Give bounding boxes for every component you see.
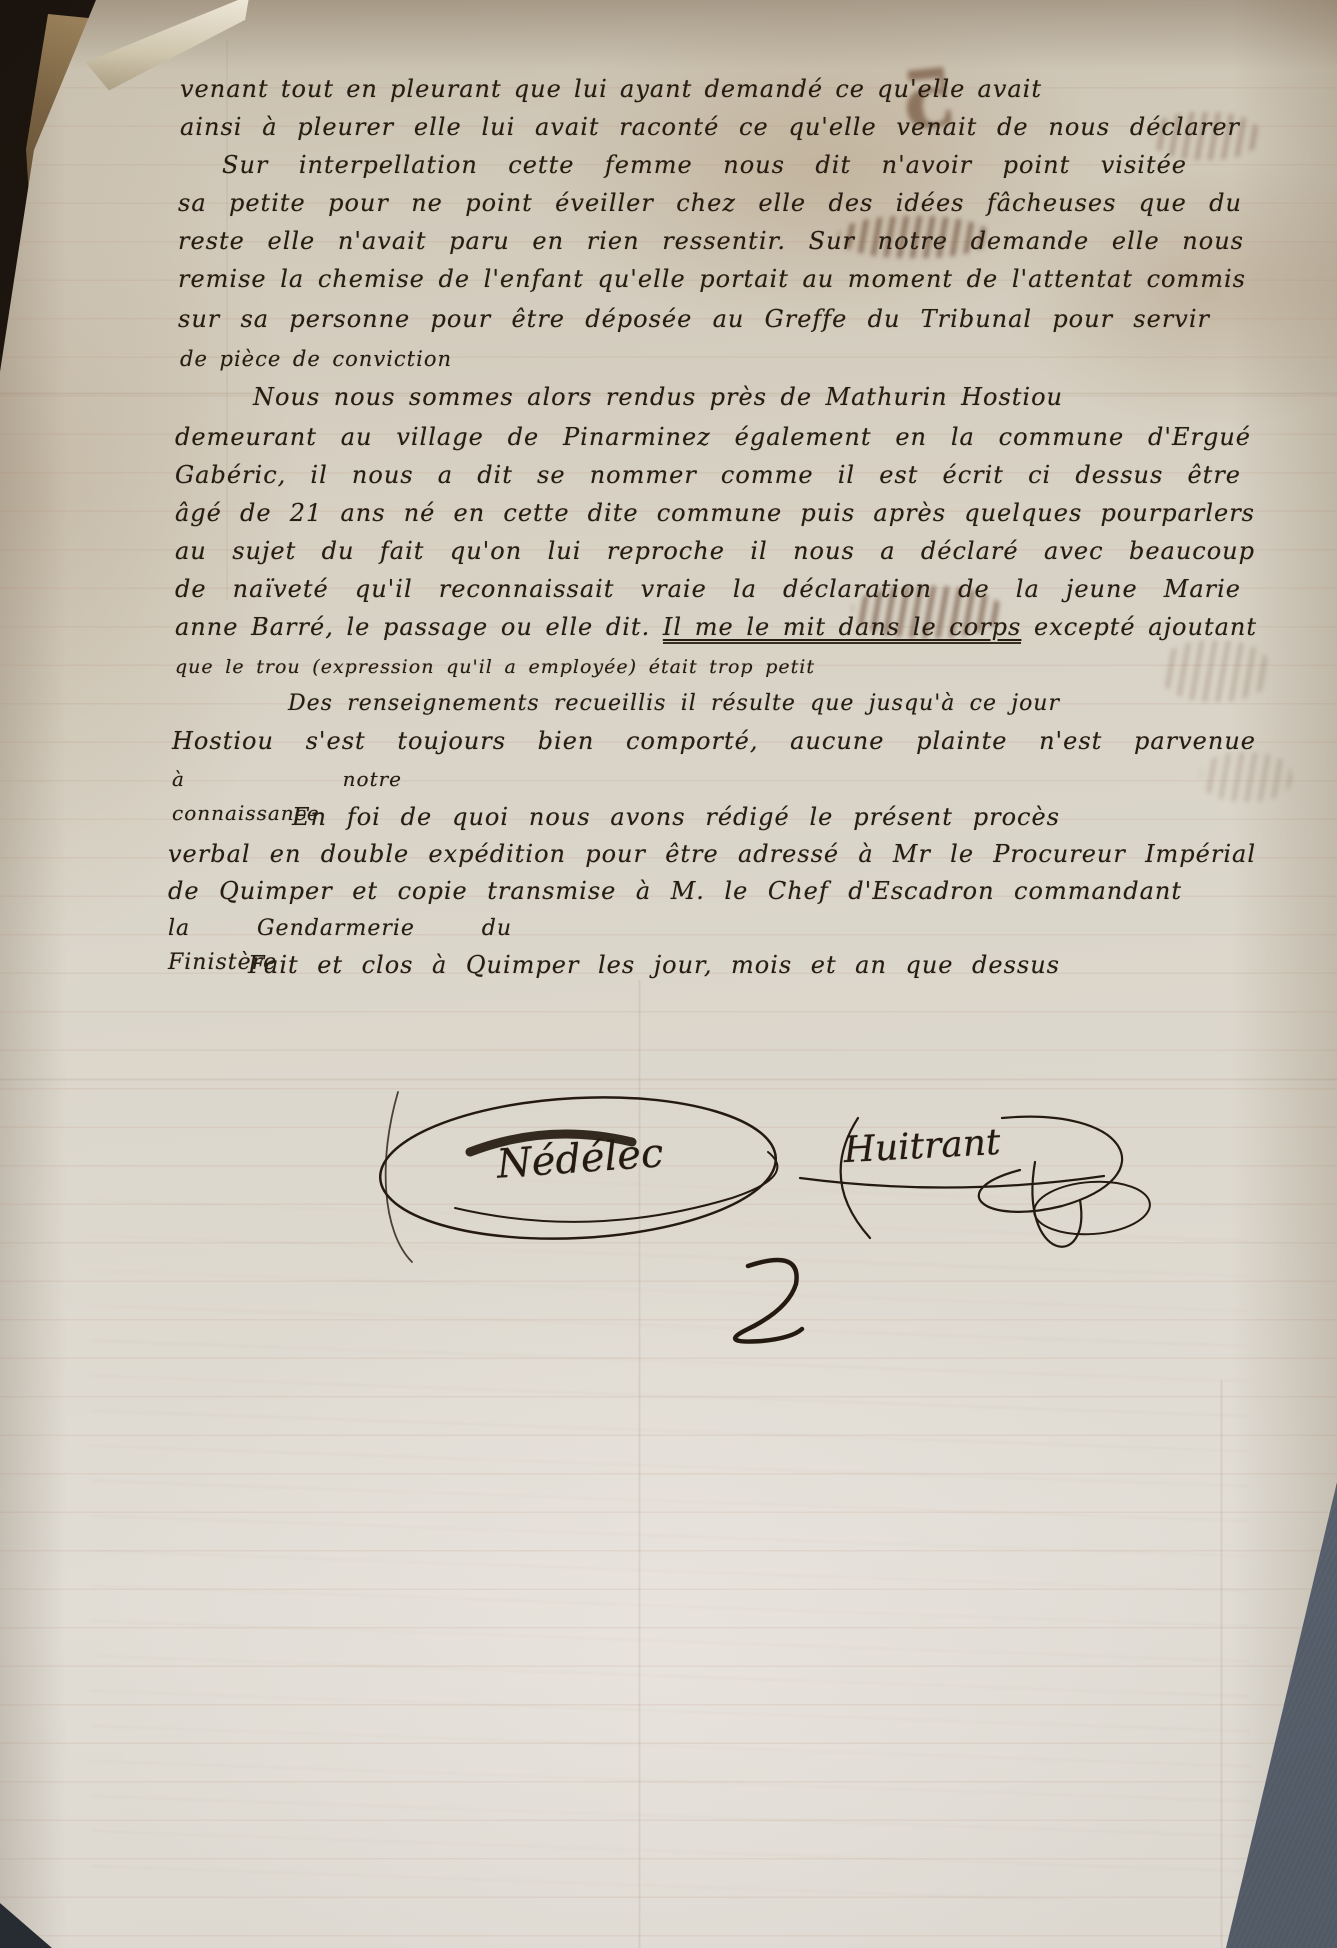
underlined-phrase: Il me le mit dans le corps [663, 613, 1021, 644]
manuscript-line: verbal en double expédition pour être ad… [168, 837, 1256, 871]
manuscript-page: 5 venant tout en pleurant que lui ayant … [0, 0, 1337, 1948]
manuscript-line: que le trou (expression qu'il a employée… [175, 650, 815, 684]
manuscript-line: venant tout en pleurant que lui ayant de… [180, 72, 1042, 106]
photograph-of-manuscript: 5 venant tout en pleurant que lui ayant … [0, 0, 1337, 1948]
manuscript-line: En foi de quoi nous avons rédigé le prés… [292, 800, 1060, 834]
manuscript-line: demeurant au village de Pinarminez égale… [175, 420, 1251, 454]
manuscript-line: Hostiou s'est toujours bien comporté, au… [172, 724, 1256, 758]
manuscript-line: sur sa personne pour être déposée au Gre… [178, 302, 1210, 336]
manuscript-line: de Quimper et copie transmise à M. le Ch… [168, 874, 1182, 908]
ink-bleedthrough-smudge [1160, 640, 1270, 702]
manuscript-line: sa petite pour ne point éveiller chez el… [178, 186, 1242, 220]
manuscript-line: Fait et clos à Quimper les jour, mois et… [248, 948, 1060, 982]
manuscript-line: au sujet du fait qu'on lui reproche il n… [175, 534, 1255, 568]
ink-bleedthrough-smudge [1200, 752, 1292, 802]
manuscript-line: Des renseignements recueillis il résulte… [288, 687, 1060, 721]
fold-crease [0, 1078, 1337, 1081]
manuscript-line: remise la chemise de l'enfant qu'elle po… [178, 262, 1246, 296]
manuscript-line: âgé de 21 ans né en cette dite commune p… [175, 496, 1255, 530]
manuscript-line-with-underline: anne Barré, le passage ou elle dit. Il m… [175, 610, 1257, 644]
manuscript-line: Nous nous sommes alors rendus près de Ma… [253, 380, 1063, 414]
manuscript-line: Gabéric, il nous a dit se nommer comme i… [175, 458, 1241, 492]
line-segment: anne Barré, le passage ou elle dit. [175, 613, 663, 641]
manuscript-line: ainsi à pleurer elle lui avait raconté c… [180, 110, 1240, 144]
line-segment: excepté ajoutant [1021, 613, 1257, 641]
manuscript-line: Sur interpellation cette femme nous dit … [222, 148, 1187, 182]
verso-bleedthrough-texture [90, 1180, 1250, 1900]
manuscript-line: de naïveté qu'il reconnaissait vraie la … [175, 572, 1241, 606]
manuscript-line: de pièce de conviction [180, 342, 452, 376]
manuscript-line: reste elle n'avait paru en rien ressenti… [178, 224, 1244, 258]
